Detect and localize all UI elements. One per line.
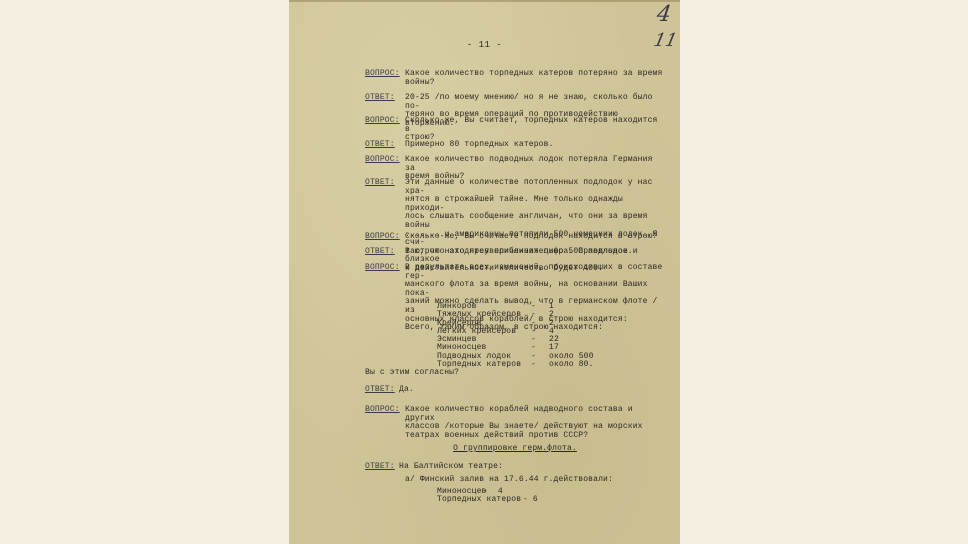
answer-label: ОТВЕТ: [365,463,395,472]
answer-text: Да. [399,386,661,395]
answer-text: Примерно 80 торпедных катеров. [405,141,667,150]
document-page: 4 11 - 11 - ВОПРОС: Какое количество тор… [289,0,680,544]
question-text: Какое количество торпедных катеров потер… [405,70,667,87]
question-label: ВОПРОС: [365,117,400,126]
handwritten-mark: 4 [655,2,673,27]
answer-text: На Балтийском театре: [399,463,661,472]
question-label: ВОПРОС: [365,70,400,79]
question-label: ВОПРОС: [365,264,400,273]
answer-label: ОТВЕТ: [365,141,395,150]
section-heading: О группировке герм.флота. [365,445,665,454]
answer-text: В строю находятся приблизительно 500 под… [405,248,667,257]
answer-label: ОТВЕТ: [365,386,395,395]
agree-question: Вы с этим согласны? [365,369,459,378]
answer-text: Эти данные о количестве потопленных подл… [405,179,667,274]
question-text: Какое количество кораблей надводного сос… [405,406,667,440]
question-text: Сколько-же, Вы считает, торпедных катеро… [405,117,667,143]
page-number: - 11 - [289,40,680,50]
question-label: ВОПРОС: [365,233,400,242]
answer-label: ОТВЕТ: [365,179,395,188]
answer-label: ОТВЕТ: [365,248,395,257]
answer-label: ОТВЕТ: [365,94,395,103]
question-text: Сколько-же, Вы считаете подлодок находит… [405,233,667,242]
question-label: ВОПРОС: [365,156,400,165]
question-label: ВОПРОС: [365,406,400,415]
baltic-subsection: а/ Финский залив на 17.6.44 г.действовал… [405,476,613,485]
